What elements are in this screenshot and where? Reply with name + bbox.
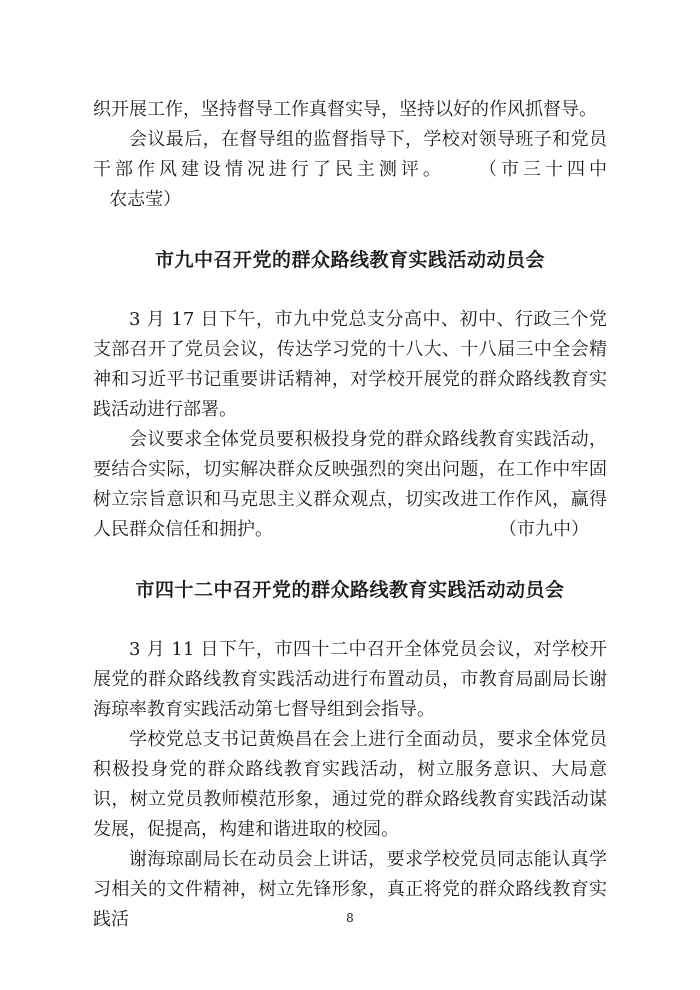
article2-paragraph-2: 学校党总支书记黄焕昌在会上进行全面动员，要求全体党员积极投身党的群众路线教育实践… [93, 725, 607, 845]
attribution-school: （市三十四中 [488, 159, 607, 180]
paragraph-closing-with-attribution: 会议最后，在督导组的监督指导下，学校对领导班子和党员干部作风建设情况进行了民主测… [93, 125, 607, 215]
attribution-author: 农志莹） [109, 189, 181, 210]
article1-paragraph-2: 会议要求全体党员要积极投身党的群众路线教育实践活动，要结合实际，切实解决群众反映… [93, 425, 607, 545]
page-number: 8 [0, 910, 700, 926]
document-page: 织开展工作，坚持督导工作真督实导，坚持以好的作风抓督导。 会议最后，在督导组的监… [0, 0, 700, 990]
article1-title: 市九中召开党的群众路线教育实践活动动员会 [93, 245, 607, 275]
article2-paragraph-1: 3 月 11 日下午，市四十二中召开全体党员会议，对学校开展党的群众路线教育实践… [93, 635, 607, 725]
paragraph-continued-from-previous-page: 织开展工作，坚持督导工作真督实导，坚持以好的作风抓督导。 [93, 95, 607, 125]
article1-attribution: （市九中） [463, 515, 589, 545]
page-content: 织开展工作，坚持督导工作真督实导，坚持以好的作风抓督导。 会议最后，在督导组的监… [93, 95, 607, 935]
article2-title: 市四十二中召开党的群众路线教育实践活动动员会 [93, 575, 607, 605]
article1-paragraph-1: 3 月 17 日下午，市九中党总支分高中、初中、行政三个党支部召开了党员会议，传… [93, 305, 607, 425]
